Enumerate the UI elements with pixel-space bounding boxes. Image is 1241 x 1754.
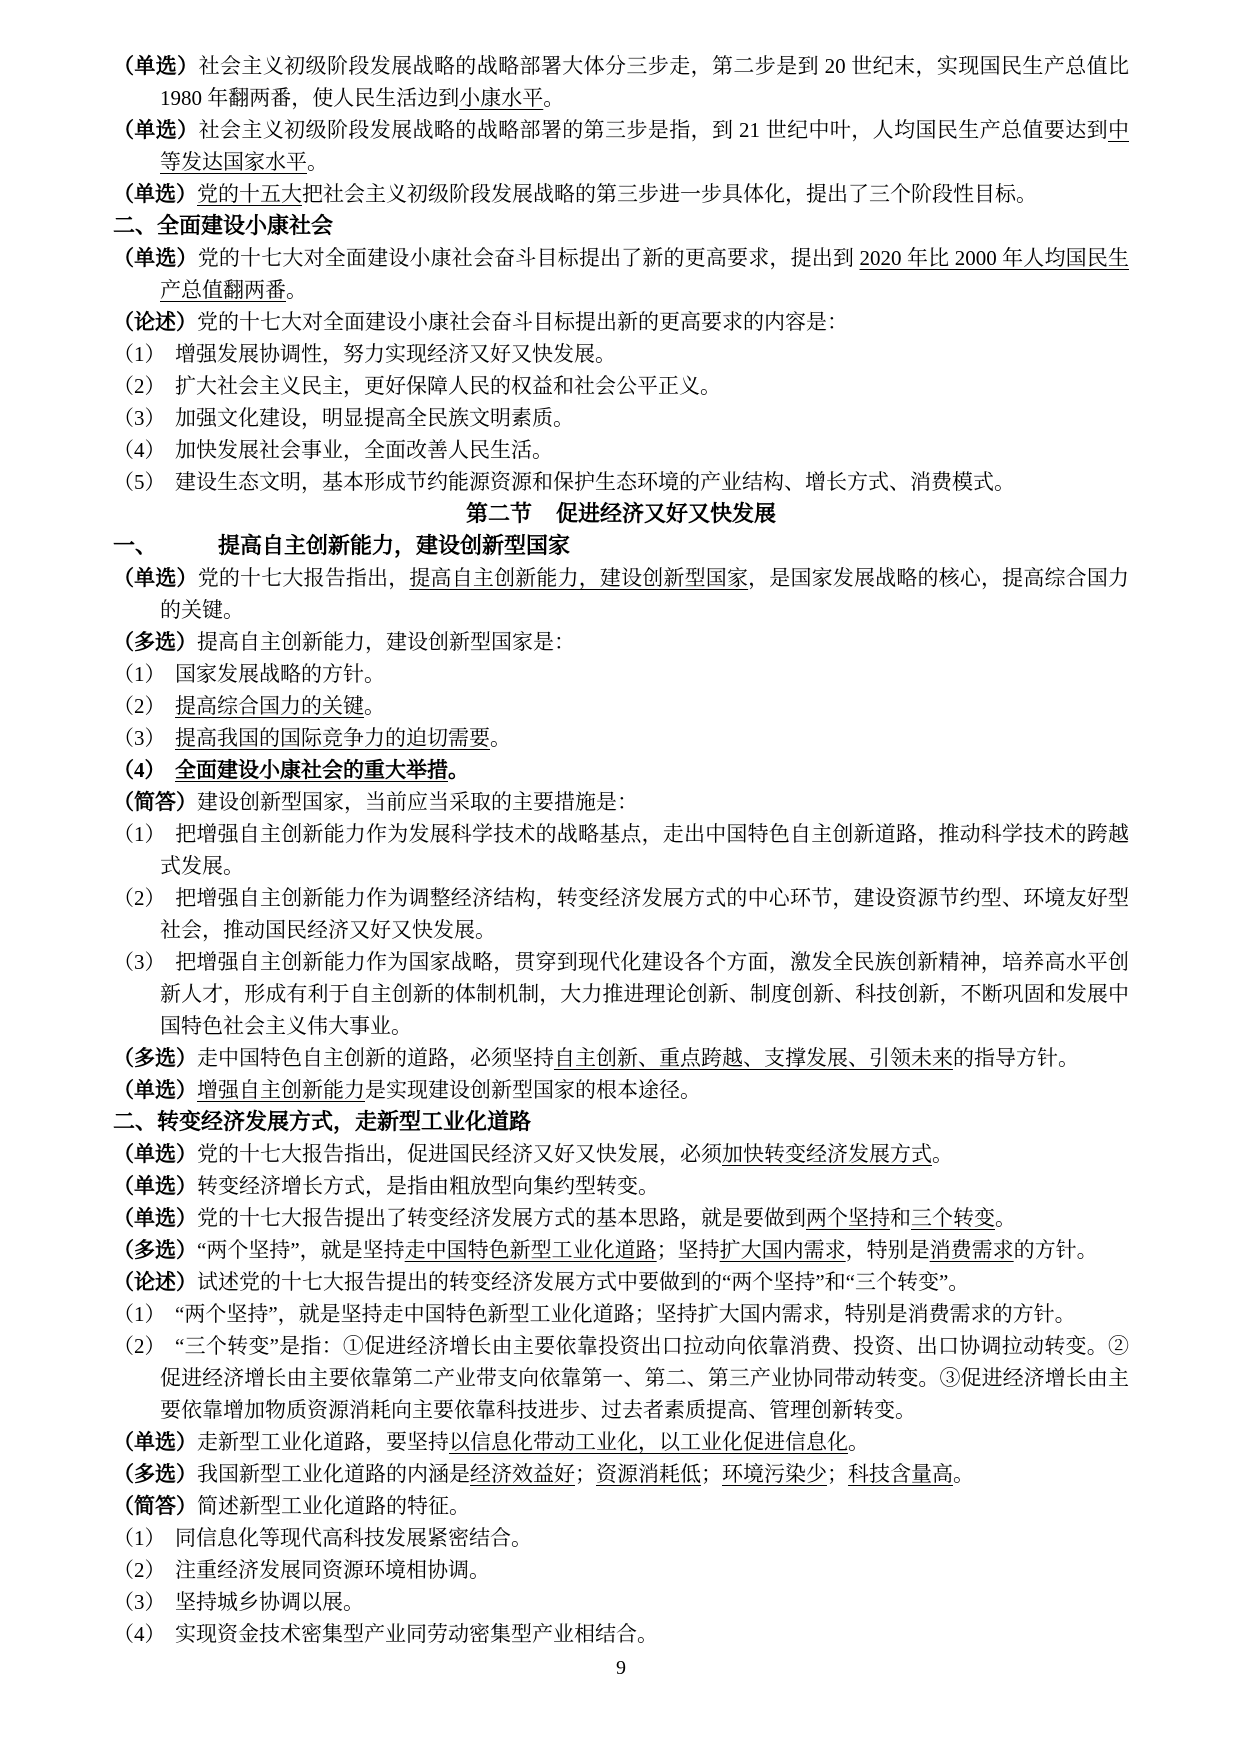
list-item: （4）加快发展社会事业，全面改善人民生活。 (113, 434, 1129, 466)
list-item: （3）提高我国的国际竞争力的迫切需要。 (113, 722, 1129, 754)
item-number: （1） (113, 1298, 175, 1330)
qa-paragraph: （多选）“两个坚持”，就是坚持走中国特色新型工业化道路；坚持扩大国内需求，特别是… (113, 1234, 1129, 1266)
text-run: ； (701, 1462, 722, 1486)
question-type-label: （单选） (113, 118, 199, 142)
text-run: 。 (953, 1462, 974, 1486)
section-heading: 二、全面建设小康社会 (113, 210, 1129, 242)
underlined-text: 环境污染少 (722, 1462, 827, 1486)
section-title: 促进经济又好又快发展 (556, 501, 776, 526)
qa-paragraph: （单选）党的十五大把社会主义初级阶段发展战略的第三步进一步具体化，提出了三个阶段… (113, 178, 1129, 210)
qa-paragraph: （单选）党的十七大对全面建设小康社会奋斗目标提出了新的更高要求，提出到 2020… (113, 242, 1129, 306)
item-number: （2） (113, 690, 175, 722)
text-run: 党的十七大对全面建设小康社会奋斗目标提出了新的更高要求，提出到 (198, 246, 860, 270)
item-number: （1） (113, 338, 175, 370)
text-run: 社会主义初级阶段发展战略的战略部署的第三步是指，到 21 世纪中叶，人均国民生产… (199, 118, 1108, 142)
text-run: “三个转变”是指：①促进经济增长由主要依靠投资出口拉动向依靠消费、投资、出口协调… (160, 1334, 1129, 1422)
chapter-heading: 第二节促进经济又好又快发展 (113, 498, 1129, 530)
document-body: （单选）社会主义初级阶段发展战略的战略部署大体分三步走，第二步是到 20 世纪末… (113, 50, 1129, 1650)
qa-paragraph: （单选）走新型工业化道路，要坚持以信息化带动工业化，以工业化促进信息化。 (113, 1426, 1129, 1458)
qa-paragraph: （论述）党的十七大对全面建设小康社会奋斗目标提出新的更高要求的内容是： (113, 306, 1129, 338)
qa-paragraph: （单选）党的十七大报告指出，提高自主创新能力，建设创新型国家，是国家发展战略的核… (113, 562, 1129, 626)
list-item: （3）把增强自主创新能力作为国家战略，贯穿到现代化建设各个方面，激发全民族创新精… (113, 946, 1129, 1042)
list-item: （2）把增强自主创新能力作为调整经济结构，转变经济发展方式的中心环节，建设资源节… (113, 882, 1129, 946)
list-item: （1）“两个坚持”，就是坚持走中国特色新型工业化道路；坚持扩大国内需求，特别是消… (113, 1298, 1129, 1330)
question-type-label: （论述） (113, 1270, 197, 1294)
question-type-label: （单选） (113, 54, 199, 78)
heading-text: 二、全面建设小康社会 (113, 213, 333, 238)
question-type-label: （论述） (113, 310, 197, 334)
question-type-label: （单选） (113, 246, 198, 270)
item-number: （3） (113, 946, 175, 978)
text-run: ，特别是 (846, 1238, 930, 1262)
text-run: 走中国特色自主创新的道路，必须坚持 (197, 1046, 554, 1070)
text-run: 党的十七大对全面建设小康社会奋斗目标提出新的更高要求的内容是： (197, 310, 848, 334)
question-type-label: （单选） (113, 1142, 197, 1166)
question-type-label: （单选） (113, 1206, 197, 1230)
list-item: （1）增强发展协调性，努力实现经济又好又快发展。 (113, 338, 1129, 370)
text-run: 。 (995, 1206, 1016, 1230)
text-run: 提高自主创新能力，建设创新型国家是： (197, 630, 575, 654)
qa-paragraph: （多选）我国新型工业化道路的内涵是经济效益好；资源消耗低；环境污染少；科技含量高… (113, 1458, 1129, 1490)
item-number: （1） (113, 1522, 175, 1554)
list-item: （3）加强文化建设，明显提高全民族文明素质。 (113, 402, 1129, 434)
qa-paragraph: （单选）党的十七大报告提出了转变经济发展方式的基本思路，就是要做到两个坚持和三个… (113, 1202, 1129, 1234)
text-run: 。 (307, 150, 328, 174)
underlined-text: 以信息化带动工业化，以工业化促进信息化 (449, 1430, 848, 1454)
list-item: （5）建设生态文明，基本形成节约能源资源和保护生态环境的产业结构、增长方式、消费… (113, 466, 1129, 498)
qa-paragraph: （单选）转变经济增长方式，是指由粗放型向集约型转变。 (113, 1170, 1129, 1202)
text-run: 转变经济增长方式，是指由粗放型向集约型转变。 (197, 1174, 659, 1198)
text-run: 。 (448, 758, 469, 782)
text-run: ；坚持 (657, 1238, 720, 1262)
text-run: 扩大社会主义民主，更好保障人民的权益和社会公平正义。 (175, 374, 721, 398)
text-run: 把社会主义初级阶段发展战略的第三步进一步具体化，提出了三个阶段性目标。 (302, 182, 1037, 206)
text-run: 党的十七大报告指出，促进国民经济又好又快发展，必须 (197, 1142, 722, 1166)
text-run: “两个坚持”，就是坚持走中国特色新型工业化道路；坚持扩大国内需求，特别是消费需求… (175, 1302, 1076, 1326)
section-number: 第二节 (466, 501, 532, 526)
text-run: 。 (490, 726, 511, 750)
underlined-text: 小康水平 (459, 86, 543, 110)
text-run: 是实现建设创新型国家的根本途径。 (365, 1078, 701, 1102)
list-item: （2）提高综合国力的关键。 (113, 690, 1129, 722)
list-item: （1）把增强自主创新能力作为发展科学技术的战略基点，走出中国特色自主创新道路，推… (113, 818, 1129, 882)
text-run: 试述党的十七大报告提出的转变经济发展方式中要做到的“两个坚持”和“三个转变”。 (197, 1270, 969, 1294)
item-number: （4） (113, 754, 175, 786)
question-type-label: （简答） (113, 790, 197, 814)
underlined-text: 提高综合国力的关键 (175, 694, 364, 718)
text-run: 增强发展协调性，努力实现经济又好又快发展。 (175, 342, 616, 366)
underlined-text: 三个转变 (911, 1206, 995, 1230)
text-run: 。 (543, 86, 564, 110)
underlined-text: 两个坚持 (806, 1206, 890, 1230)
item-number: （4） (113, 1618, 175, 1650)
page-number: 9 (113, 1652, 1129, 1684)
item-number: （3） (113, 722, 175, 754)
list-item: （2）扩大社会主义民主，更好保障人民的权益和社会公平正义。 (113, 370, 1129, 402)
text-run: 建设生态文明，基本形成节约能源资源和保护生态环境的产业结构、增长方式、消费模式。 (175, 470, 1015, 494)
qa-paragraph: （单选）增强自主创新能力是实现建设创新型国家的根本途径。 (113, 1074, 1129, 1106)
text-run: 的指导方针。 (953, 1046, 1079, 1070)
question-type-label: （简答） (113, 1494, 197, 1518)
qa-paragraph: （单选）党的十七大报告指出，促进国民经济又好又快发展，必须加快转变经济发展方式。 (113, 1138, 1129, 1170)
text-run: 走新型工业化道路，要坚持 (197, 1430, 449, 1454)
question-type-label: （单选） (113, 182, 197, 206)
text-run: 我国新型工业化道路的内涵是 (197, 1462, 470, 1486)
underlined-text: 提高我国的国际竞争力的迫切需要 (175, 726, 490, 750)
underlined-text: 党的十五大 (197, 182, 302, 206)
text-run: 。 (286, 278, 307, 302)
text-run: 党的十七大报告提出了转变经济发展方式的基本思路，就是要做到 (197, 1206, 806, 1230)
item-number: （2） (113, 1330, 175, 1362)
underlined-text: 增强自主创新能力 (197, 1078, 365, 1102)
qa-paragraph: （多选）提高自主创新能力，建设创新型国家是： (113, 626, 1129, 658)
text-run: 社会主义初级阶段发展战略的战略部署大体分三步走，第二步是到 20 世纪末，实现国… (160, 54, 1129, 110)
list-item: （2）“三个转变”是指：①促进经济增长由主要依靠投资出口拉动向依靠消费、投资、出… (113, 1330, 1129, 1426)
text-run: 党的十七大报告指出， (198, 566, 410, 590)
underlined-text: 全面建设小康社会的重大举措 (175, 758, 448, 782)
text-run: ； (575, 1462, 596, 1486)
list-item: （3）坚持城乡协调以展。 (113, 1586, 1129, 1618)
list-item: （4）实现资金技术密集型产业同劳动密集型产业相结合。 (113, 1618, 1129, 1650)
question-type-label: （多选） (113, 1046, 197, 1070)
qa-paragraph: （单选）社会主义初级阶段发展战略的战略部署的第三步是指，到 21 世纪中叶，人均… (113, 114, 1129, 178)
underlined-text: 加快转变经济发展方式 (722, 1142, 932, 1166)
item-number: （2） (113, 882, 175, 914)
text-run: 加强文化建设，明显提高全民族文明素质。 (175, 406, 574, 430)
item-number: （2） (113, 1554, 175, 1586)
heading-number: 一、 (113, 530, 218, 562)
qa-paragraph: （单选）社会主义初级阶段发展战略的战略部署大体分三步走，第二步是到 20 世纪末… (113, 50, 1129, 114)
text-run: 简述新型工业化道路的特征。 (197, 1494, 470, 1518)
question-type-label: （单选） (113, 1430, 197, 1454)
question-type-label: （多选） (113, 630, 197, 654)
question-type-label: （单选） (113, 566, 198, 590)
text-run: 建设创新型国家，当前应当采取的主要措施是： (197, 790, 638, 814)
item-number: （3） (113, 1586, 175, 1618)
text-run: 注重经济发展同资源环境相协调。 (175, 1558, 490, 1582)
question-type-label: （单选） (113, 1174, 197, 1198)
qa-paragraph: （简答）建设创新型国家，当前应当采取的主要措施是： (113, 786, 1129, 818)
item-number: （3） (113, 402, 175, 434)
subsection-heading: 一、提高自主创新能力，建设创新型国家 (113, 530, 1129, 562)
underlined-text: 科技含量高 (848, 1462, 953, 1486)
underlined-text: 自主创新、重点跨越、支撑发展、引领未来 (554, 1046, 953, 1070)
item-number: （2） (113, 370, 175, 402)
document-page: （单选）社会主义初级阶段发展战略的战略部署大体分三步走，第二步是到 20 世纪末… (113, 50, 1129, 1684)
text-run: 国家发展战略的方针。 (175, 662, 385, 686)
text-run: 同信息化等现代高科技发展紧密结合。 (175, 1526, 532, 1550)
heading-text: 提高自主创新能力，建设创新型国家 (218, 533, 570, 558)
text-run: 。 (364, 694, 385, 718)
text-run: 坚持城乡协调以展。 (175, 1590, 364, 1614)
item-number: （1） (113, 818, 175, 850)
section-heading: 二、转变经济发展方式，走新型工业化道路 (113, 1106, 1129, 1138)
text-run: 把增强自主创新能力作为调整经济结构，转变经济发展方式的中心环节，建设资源节约型、… (160, 886, 1129, 942)
text-run: “两个坚持”，就是坚持 (197, 1238, 405, 1262)
list-item: （1）同信息化等现代高科技发展紧密结合。 (113, 1522, 1129, 1554)
underlined-text: 扩大国内需求 (720, 1238, 846, 1262)
text-run: 把增强自主创新能力作为发展科学技术的战略基点，走出中国特色自主创新道路，推动科学… (160, 822, 1129, 878)
qa-paragraph: （多选）走中国特色自主创新的道路，必须坚持自主创新、重点跨越、支撑发展、引领未来… (113, 1042, 1129, 1074)
question-type-label: （多选） (113, 1462, 197, 1486)
heading-text: 二、转变经济发展方式，走新型工业化道路 (113, 1109, 531, 1134)
underlined-text: 经济效益好 (470, 1462, 575, 1486)
list-item: （2）注重经济发展同资源环境相协调。 (113, 1554, 1129, 1586)
question-type-label: （多选） (113, 1238, 197, 1262)
underlined-text: 提高自主创新能力，建设创新型国家 (409, 566, 748, 590)
text-run: 和 (890, 1206, 911, 1230)
item-number: （5） (113, 466, 175, 498)
underlined-text: 消费需求 (930, 1238, 1014, 1262)
text-run: 。 (848, 1430, 869, 1454)
text-run: ； (827, 1462, 848, 1486)
underlined-text: 走中国特色新型工业化道路 (405, 1238, 657, 1262)
underlined-text: 资源消耗低 (596, 1462, 701, 1486)
text-run: 实现资金技术密集型产业同劳动密集型产业相结合。 (175, 1622, 658, 1646)
item-number: （4） (113, 434, 175, 466)
question-type-label: （单选） (113, 1078, 197, 1102)
list-item: （1）国家发展战略的方针。 (113, 658, 1129, 690)
qa-paragraph: （简答）简述新型工业化道路的特征。 (113, 1490, 1129, 1522)
item-number: （1） (113, 658, 175, 690)
text-run: 。 (932, 1142, 953, 1166)
text-run: 加快发展社会事业，全面改善人民生活。 (175, 438, 553, 462)
text-run: 的方针。 (1014, 1238, 1098, 1262)
qa-paragraph: （论述）试述党的十七大报告提出的转变经济发展方式中要做到的“两个坚持”和“三个转… (113, 1266, 1129, 1298)
list-item: （4）全面建设小康社会的重大举措。 (113, 754, 1129, 786)
text-run: 把增强自主创新能力作为国家战略，贯穿到现代化建设各个方面，激发全民族创新精神，培… (160, 950, 1129, 1038)
